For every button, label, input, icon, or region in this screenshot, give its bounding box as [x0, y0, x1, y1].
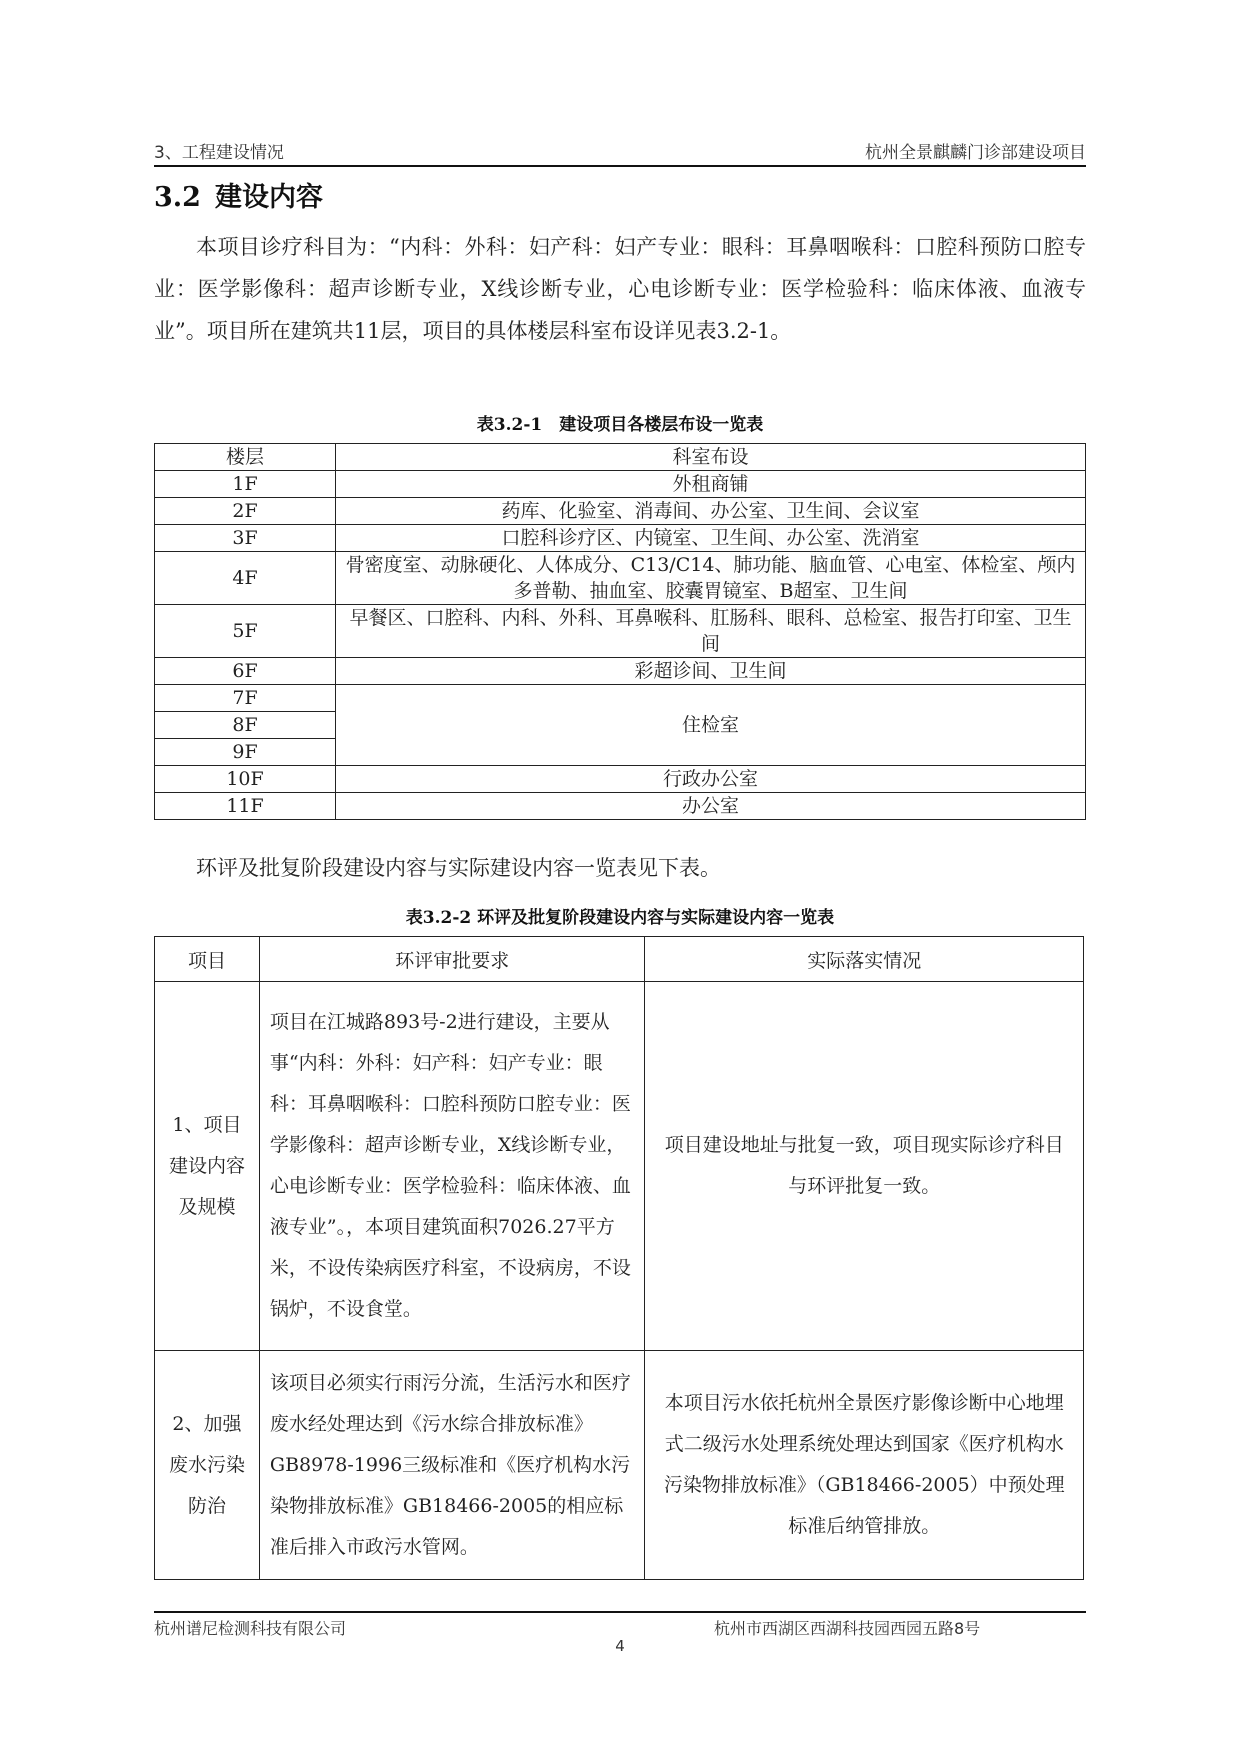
table2-caption: 表3.2-2 环评及批复阶段建设内容与实际建设内容一览表	[154, 903, 1086, 928]
floor-cell: 6F	[155, 658, 336, 685]
footer-divider	[154, 1611, 1086, 1613]
header-project-name: 杭州全景麒麟门诊部建设项目	[865, 138, 1086, 163]
floor-cell: 4F	[155, 552, 336, 605]
table-header-row: 项目 环评审批要求 实际落实情况	[155, 937, 1084, 982]
section-title: 3.2建设内容	[154, 175, 323, 214]
floor-cell: 11F	[155, 793, 336, 820]
rooms-cell: 早餐区、口腔科、内科、外科、耳鼻喉科、肛肠科、眼科、总检室、报告打印室、卫生间	[336, 605, 1086, 658]
table-row: 1F 外租商铺	[155, 471, 1086, 498]
table1-caption: 表3.2-1 建设项目各楼层布设一览表	[154, 410, 1086, 435]
item-cell: 1、项目建设内容及规模	[155, 982, 260, 1351]
rooms-cell: 行政办公室	[336, 766, 1086, 793]
intro-paragraph: 本项目诊疗科目为：“内科：外科：妇产科：妇产专业：眼科：耳鼻咽喉科：口腔科预防口…	[154, 226, 1086, 352]
requirement-cell: 该项目必须实行雨污分流，生活污水和医疗废水经处理达到《污水综合排放标准》GB89…	[259, 1351, 645, 1580]
floor-layout-table: 楼层 科室布设 1F 外租商铺 2F 药库、化验室、消毒间、办公室、卫生间、会议…	[154, 443, 1086, 820]
table-row: 6F 彩超诊间、卫生间	[155, 658, 1086, 685]
floor-cell: 2F	[155, 498, 336, 525]
floor-cell: 8F	[155, 712, 336, 739]
table-row: 11F 办公室	[155, 793, 1086, 820]
table-row: 3F 口腔科诊疗区、内镜室、卫生间、办公室、洗消室	[155, 525, 1086, 552]
rooms-cell-merged: 住检室	[336, 685, 1086, 766]
header-divider	[154, 165, 1086, 167]
rooms-cell: 办公室	[336, 793, 1086, 820]
item-cell: 2、加强废水污染防治	[155, 1351, 260, 1580]
column-header-requirement: 环评审批要求	[259, 937, 645, 982]
floor-cell: 10F	[155, 766, 336, 793]
table-row: 2F 药库、化验室、消毒间、办公室、卫生间、会议室	[155, 498, 1086, 525]
table-row: 1、项目建设内容及规模 项目在江城路893号-2进行建设，主要从事“内科：外科：…	[155, 982, 1084, 1351]
table-row: 7F 住检室	[155, 685, 1086, 712]
rooms-cell: 口腔科诊疗区、内镜室、卫生间、办公室、洗消室	[336, 525, 1086, 552]
table-row: 5F 早餐区、口腔科、内科、外科、耳鼻喉科、肛肠科、眼科、总检室、报告打印室、卫…	[155, 605, 1086, 658]
table-row: 10F 行政办公室	[155, 766, 1086, 793]
actual-cell: 项目建设地址与批复一致，项目现实际诊疗科目与环评批复一致。	[645, 982, 1084, 1351]
rooms-cell: 骨密度室、动脉硬化、人体成分、C13/C14、肺功能、脑血管、心电室、体检室、颅…	[336, 552, 1086, 605]
column-header-item: 项目	[155, 937, 260, 982]
page-number: 4	[0, 1637, 1240, 1655]
section-number: 3.2	[154, 182, 201, 213]
page-header: 3、工程建设情况 杭州全景麒麟门诊部建设项目	[154, 136, 1086, 166]
rooms-cell: 彩超诊间、卫生间	[336, 658, 1086, 685]
floor-cell: 1F	[155, 471, 336, 498]
table-row: 4F 骨密度室、动脉硬化、人体成分、C13/C14、肺功能、脑血管、心电室、体检…	[155, 552, 1086, 605]
footer-company: 杭州谱尼检测科技有限公司	[154, 1616, 346, 1639]
header-chapter: 3、工程建设情况	[154, 138, 284, 163]
column-header-actual: 实际落实情况	[645, 937, 1084, 982]
floor-cell: 5F	[155, 605, 336, 658]
table-row: 2、加强废水污染防治 该项目必须实行雨污分流，生活污水和医疗废水经处理达到《污水…	[155, 1351, 1084, 1580]
eia-comparison-table: 项目 环评审批要求 实际落实情况 1、项目建设内容及规模 项目在江城路893号-…	[154, 936, 1084, 1580]
footer-address: 杭州市西湖区西湖科技园西园五路8号	[714, 1616, 980, 1639]
floor-cell: 7F	[155, 685, 336, 712]
requirement-cell: 项目在江城路893号-2进行建设，主要从事“内科：外科：妇产科：妇产专业：眼科：…	[259, 982, 645, 1351]
column-header-floor: 楼层	[155, 444, 336, 471]
transition-paragraph: 环评及批复阶段建设内容与实际建设内容一览表见下表。	[154, 852, 1086, 884]
rooms-cell: 药库、化验室、消毒间、办公室、卫生间、会议室	[336, 498, 1086, 525]
table-header-row: 楼层 科室布设	[155, 444, 1086, 471]
section-heading: 建设内容	[215, 182, 323, 213]
column-header-rooms: 科室布设	[336, 444, 1086, 471]
floor-cell: 9F	[155, 739, 336, 766]
floor-cell: 3F	[155, 525, 336, 552]
rooms-cell: 外租商铺	[336, 471, 1086, 498]
actual-cell: 本项目污水依托杭州全景医疗影像诊断中心地埋式二级污水处理系统处理达到国家《医疗机…	[645, 1351, 1084, 1580]
